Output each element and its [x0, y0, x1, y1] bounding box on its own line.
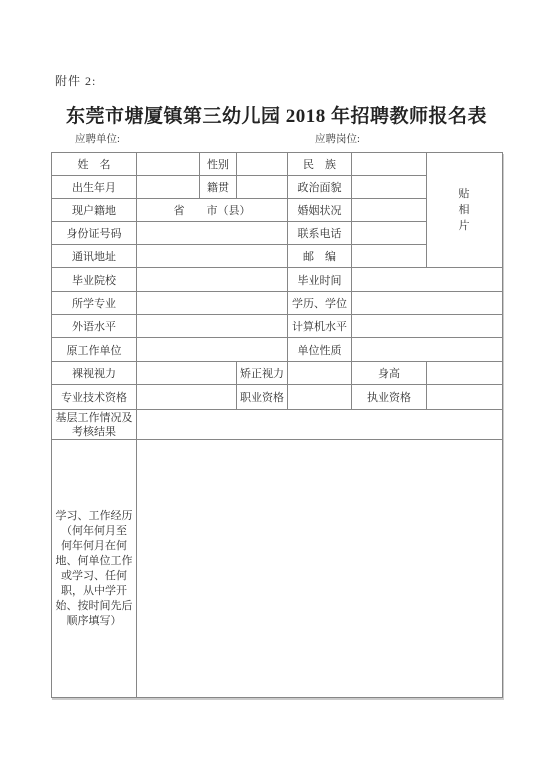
grassroots-work-value-cell[interactable] — [137, 410, 503, 440]
form-title: 东莞市塘厦镇第三幼儿园 2018 年招聘教师报名表 — [0, 101, 553, 128]
practice-qualification-value-cell[interactable] — [427, 385, 503, 410]
apply-position-label: 应聘岗位: — [315, 131, 360, 146]
political-status-label: 政治面貌 — [288, 176, 352, 199]
graduate-school-value-cell[interactable] — [137, 268, 288, 292]
education-degree-label: 学历、学位 — [288, 292, 352, 315]
employer-type-label: 单位性质 — [288, 338, 352, 362]
household-location-value-cell[interactable]: 省 市（县） — [137, 199, 288, 222]
native-place-label: 籍贯 — [200, 176, 237, 199]
mailing-address-label: 通讯地址 — [52, 245, 137, 268]
graduation-time-label: 毕业时间 — [288, 268, 352, 292]
birth-date-value-cell[interactable] — [137, 176, 200, 199]
computer-level-label: 计算机水平 — [288, 315, 352, 338]
application-form-table: 姓 名 性别 民 族 贴 相 片 出生年月 籍贯 政治面貌 现户籍地 省 市（县… — [51, 152, 503, 698]
apply-unit-label: 应聘单位: — [75, 131, 120, 146]
political-status-value-cell[interactable] — [352, 176, 427, 199]
postal-code-label: 邮 编 — [288, 245, 352, 268]
row-grassroots: 基层工作情况及 考核结果 — [52, 410, 503, 440]
native-place-value-cell[interactable] — [237, 176, 288, 199]
row-name: 姓 名 性别 民 族 贴 相 片 — [52, 153, 503, 176]
ethnicity-value-cell[interactable] — [352, 153, 427, 176]
name-label: 姓 名 — [52, 153, 137, 176]
occupational-qualification-label: 职业资格 — [237, 385, 288, 410]
naked-vision-label: 裸视视力 — [52, 362, 137, 385]
graduation-time-value-cell[interactable] — [352, 268, 503, 292]
household-location-label: 现户籍地 — [52, 199, 137, 222]
id-number-value-cell[interactable] — [137, 222, 288, 245]
row-qualification: 专业技术资格 职业资格 执业资格 — [52, 385, 503, 410]
photo-paste-cell: 贴 相 片 — [427, 153, 503, 268]
contact-phone-value-cell[interactable] — [352, 222, 427, 245]
corrected-vision-label: 矫正视力 — [237, 362, 288, 385]
computer-level-value-cell[interactable] — [352, 315, 503, 338]
previous-employer-value-cell[interactable] — [137, 338, 288, 362]
foreign-language-label: 外语水平 — [52, 315, 137, 338]
practice-qualification-label: 执业资格 — [352, 385, 427, 410]
row-experience: 学习、工作经历 （何年何月至 何年何月在何 地、何单位工作 或学习、任何 职，从… — [52, 440, 503, 698]
marital-status-label: 婚姻状况 — [288, 199, 352, 222]
row-employer: 原工作单位 单位性质 — [52, 338, 503, 362]
corrected-vision-value-cell[interactable] — [288, 362, 352, 385]
height-value-cell[interactable] — [427, 362, 503, 385]
row-vision: 裸视视力 矫正视力 身高 — [52, 362, 503, 385]
gender-label: 性别 — [200, 153, 237, 176]
naked-vision-value-cell[interactable] — [137, 362, 237, 385]
professional-qualification-label: 专业技术资格 — [52, 385, 137, 410]
row-major: 所学专业 学历、学位 — [52, 292, 503, 315]
document-page: 附件 2: 东莞市塘厦镇第三幼儿园 2018 年招聘教师报名表 应聘单位: 应聘… — [0, 0, 553, 783]
grassroots-work-label: 基层工作情况及 考核结果 — [52, 410, 137, 440]
employer-type-value-cell[interactable] — [352, 338, 503, 362]
name-value-cell[interactable] — [137, 153, 200, 176]
marital-status-value-cell[interactable] — [352, 199, 427, 222]
professional-qualification-value-cell[interactable] — [137, 385, 237, 410]
previous-employer-label: 原工作单位 — [52, 338, 137, 362]
ethnicity-label: 民 族 — [288, 153, 352, 176]
id-number-label: 身份证号码 — [52, 222, 137, 245]
graduate-school-label: 毕业院校 — [52, 268, 137, 292]
height-label: 身高 — [352, 362, 427, 385]
gender-value-cell[interactable] — [237, 153, 288, 176]
education-degree-value-cell[interactable] — [352, 292, 503, 315]
major-value-cell[interactable] — [137, 292, 288, 315]
row-language: 外语水平 计算机水平 — [52, 315, 503, 338]
major-label: 所学专业 — [52, 292, 137, 315]
postal-code-value-cell[interactable] — [352, 245, 427, 268]
contact-phone-label: 联系电话 — [288, 222, 352, 245]
experience-label: 学习、工作经历 （何年何月至 何年何月在何 地、何单位工作 或学习、任何 职，从… — [52, 440, 137, 698]
row-school: 毕业院校 毕业时间 — [52, 268, 503, 292]
birth-date-label: 出生年月 — [52, 176, 137, 199]
occupational-qualification-value-cell[interactable] — [288, 385, 352, 410]
experience-value-cell[interactable] — [137, 440, 503, 698]
attachment-label: 附件 2: — [55, 72, 96, 89]
mailing-address-value-cell[interactable] — [137, 245, 288, 268]
foreign-language-value-cell[interactable] — [137, 315, 288, 338]
